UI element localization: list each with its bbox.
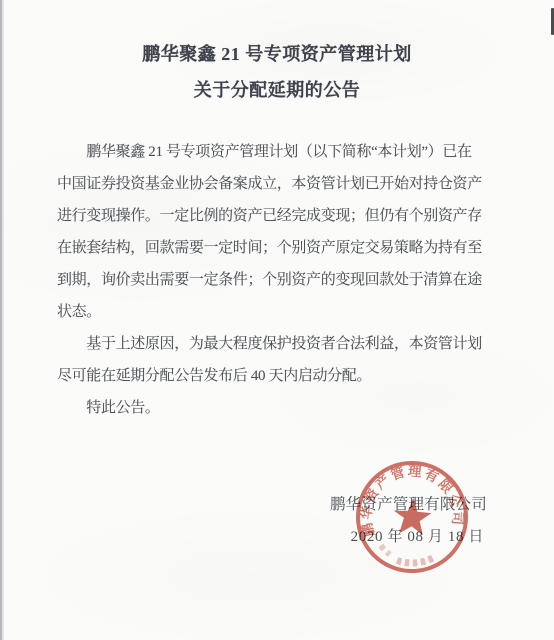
- text-line: 进行变现操作。一定比例的资产已经完成变现；但仍有个别资产存: [57, 200, 498, 232]
- text-line: 状态。: [57, 296, 498, 328]
- text-line: 到期，询价卖出需要一定条件；个别资产的变现回款处于清算在途: [57, 264, 498, 296]
- seal-group: 鹏华资产管理有限公司: [352, 457, 472, 576]
- text-line: 中国证券投资基金业协会备案成立，本资管计划已开始对持仓资产: [57, 168, 498, 200]
- seal-smudge: [381, 545, 390, 556]
- text-line: 特此公告。: [57, 392, 498, 424]
- text-line: 尽可能在延期分配公告发布后 40 天内启动分配。: [57, 360, 498, 392]
- scan-edge-artifact-light: [2, 0, 4, 640]
- star-icon: [392, 496, 433, 537]
- title-line-1: 鹏华聚鑫 21 号专项资产管理计划: [0, 36, 554, 72]
- announcement-body: 鹏华聚鑫 21 号专项资产管理计划（以下简称“本计划”）已在 中国证券投资基金业…: [57, 136, 498, 424]
- seal-code-marks: [397, 556, 436, 564]
- text-line: 基于上述原因，为最大程度保护投资者合法利益，本资管计划: [57, 328, 498, 360]
- company-seal: 鹏华资产管理有限公司: [337, 442, 487, 592]
- scanned-document-page: 鹏华聚鑫 21 号专项资产管理计划 关于分配延期的公告 鹏华聚鑫 21 号专项资…: [0, 0, 554, 640]
- text-line: 鹏华聚鑫 21 号专项资产管理计划（以下简称“本计划”）已在: [57, 136, 498, 168]
- title-line-2: 关于分配延期的公告: [0, 72, 554, 108]
- text-line: 在嵌套结构，回款需要一定时间；个别资产原定交易策略为持有至: [57, 232, 498, 264]
- document-title: 鹏华聚鑫 21 号专项资产管理计划 关于分配延期的公告: [0, 0, 554, 108]
